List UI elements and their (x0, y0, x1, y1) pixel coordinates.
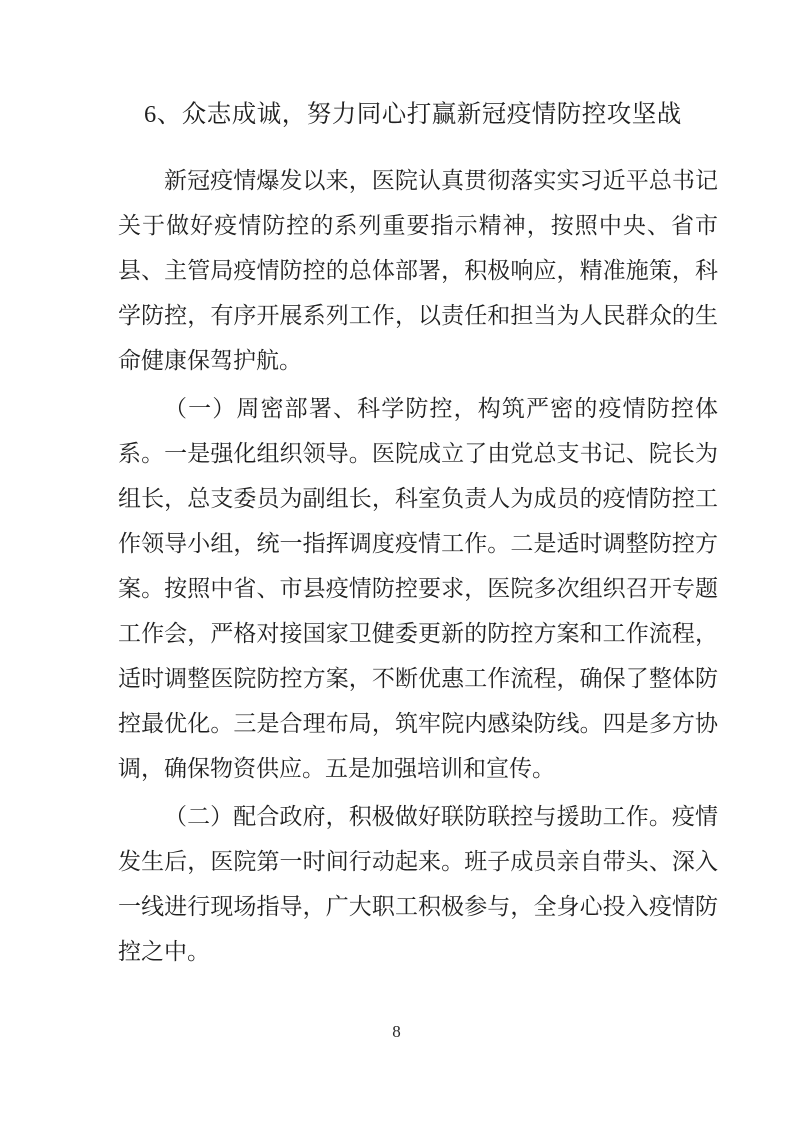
paragraph-item-two: （二）配合政府，积极做好联防联控与援助工作。疫情发生后，医院第一时间行动起来。班… (118, 794, 718, 974)
paragraph-intro: 新冠疫情爆发以来，医院认真贯彻落实实习近平总书记关于做好疫情防控的系列重要指示精… (118, 158, 718, 383)
section-heading: 6、众志成诚，努力同心打赢新冠疫情防控攻坚战 (118, 98, 718, 132)
paragraph-item-one: （一）周密部署、科学防控，构筑严密的疫情防控体系。一是强化组织领导。医院成立了由… (118, 386, 718, 791)
page-number: 8 (0, 1022, 793, 1042)
document-body: 6、众志成诚，努力同心打赢新冠疫情防控攻坚战 新冠疫情爆发以来，医院认真贯彻落实… (118, 98, 718, 974)
document-page: 6、众志成诚，努力同心打赢新冠疫情防控攻坚战 新冠疫情爆发以来，医院认真贯彻落实… (0, 0, 793, 1122)
